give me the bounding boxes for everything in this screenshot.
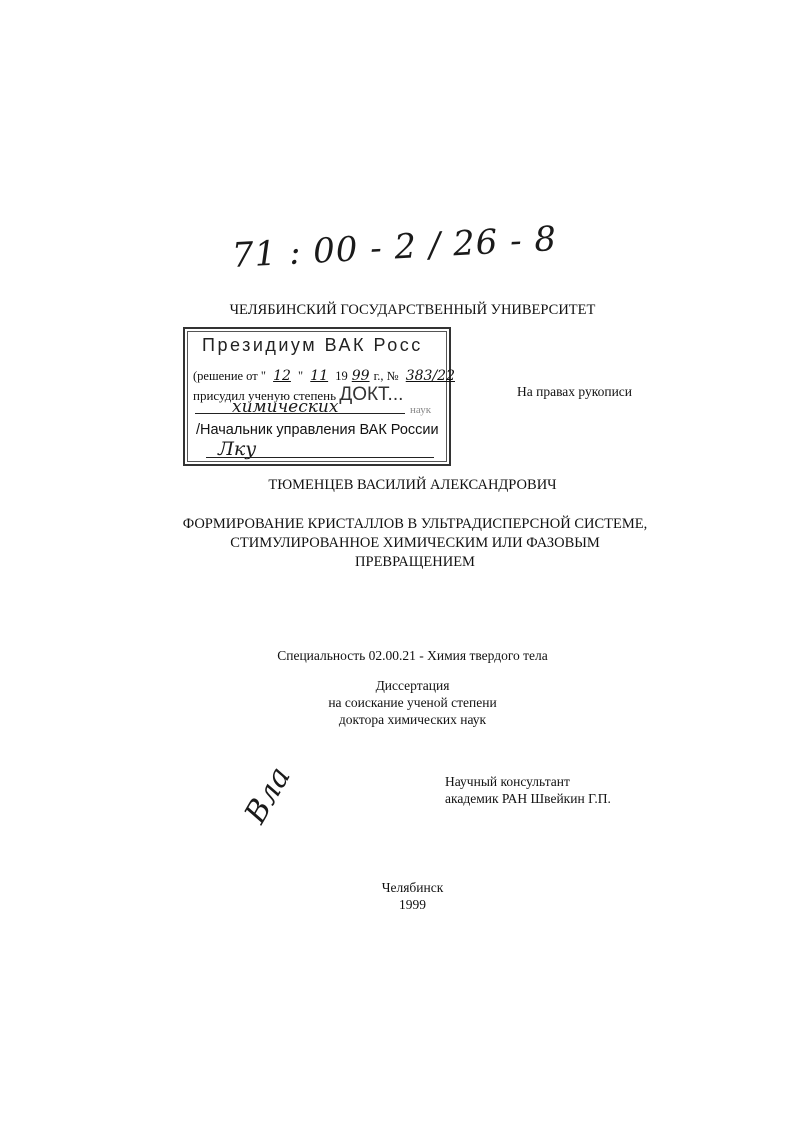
title-line-3: ПРЕВРАЩЕНИЕМ <box>180 553 650 572</box>
manuscript-note: На правах рукописи <box>517 384 632 400</box>
stamp-title: Президиум ВАК Росс <box>202 335 423 356</box>
decision-year-prefix: 19 <box>335 369 348 383</box>
stamp-science-suffix: наук <box>410 404 431 416</box>
year: 1999 <box>30 896 795 913</box>
stamp-science-handwritten: химических <box>232 397 338 417</box>
dissertation-line-2: на соискание ученой степени <box>30 694 795 711</box>
title-line-1: ФОРМИРОВАНИЕ КРИСТАЛЛОВ В УЛЬТРАДИСПЕРСН… <box>180 515 650 534</box>
title-line-2: СТИМУЛИРОВАННОЕ ХИМИЧЕСКИМ ИЛИ ФАЗОВЫМ <box>180 534 650 553</box>
consultant-block: Научный консультант академик РАН Швейкин… <box>445 773 611 807</box>
university-name: ЧЕЛЯБИНСКИЙ ГОСУДАРСТВЕННЫЙ УНИВЕРСИТЕТ <box>0 302 795 319</box>
consultant-name: академик РАН Швейкин Г.П. <box>445 790 611 807</box>
archive-code-handwritten: 71 : 00 - 2 / 26 - 8 <box>231 219 558 276</box>
consultant-label: Научный консультант <box>445 773 611 790</box>
decision-month: 11 <box>306 368 332 384</box>
dissertation-block: Диссертация на соискание ученой степени … <box>0 677 795 728</box>
decision-day: 12 <box>269 368 295 384</box>
decision-mid: " <box>298 369 303 383</box>
dissertation-line-1: Диссертация <box>30 677 795 694</box>
decision-prefix: (решение от " <box>193 369 266 383</box>
author-name: ТЮМЕНЦЕВ ВАСИЛИЙ АЛЕКСАНДРОВИЧ <box>0 477 795 494</box>
city-year-block: Челябинск 1999 <box>0 879 795 913</box>
city: Челябинск <box>30 879 795 896</box>
stamp-decision-line: (решение от " 12 " 11 1999г., № 383/22 <box>193 368 459 384</box>
stamp-science-underline <box>195 413 405 414</box>
decision-number: 383/22 <box>402 368 459 384</box>
decision-number-prefix: г., № <box>374 369 399 383</box>
handwritten-signature: Вла <box>238 761 298 830</box>
stamp-head-label: /Начальник управления ВАК России <box>196 422 439 438</box>
specialty: Специальность 02.00.21 - Химия твердого … <box>0 648 795 664</box>
awarded-degree: ДОКТ... <box>339 384 403 405</box>
stamp-signature-line <box>206 457 434 458</box>
dissertation-title: ФОРМИРОВАНИЕ КРИСТАЛЛОВ В УЛЬТРАДИСПЕРСН… <box>180 515 650 572</box>
dissertation-line-3: доктора химических наук <box>30 711 795 728</box>
decision-year: 99 <box>348 368 374 384</box>
